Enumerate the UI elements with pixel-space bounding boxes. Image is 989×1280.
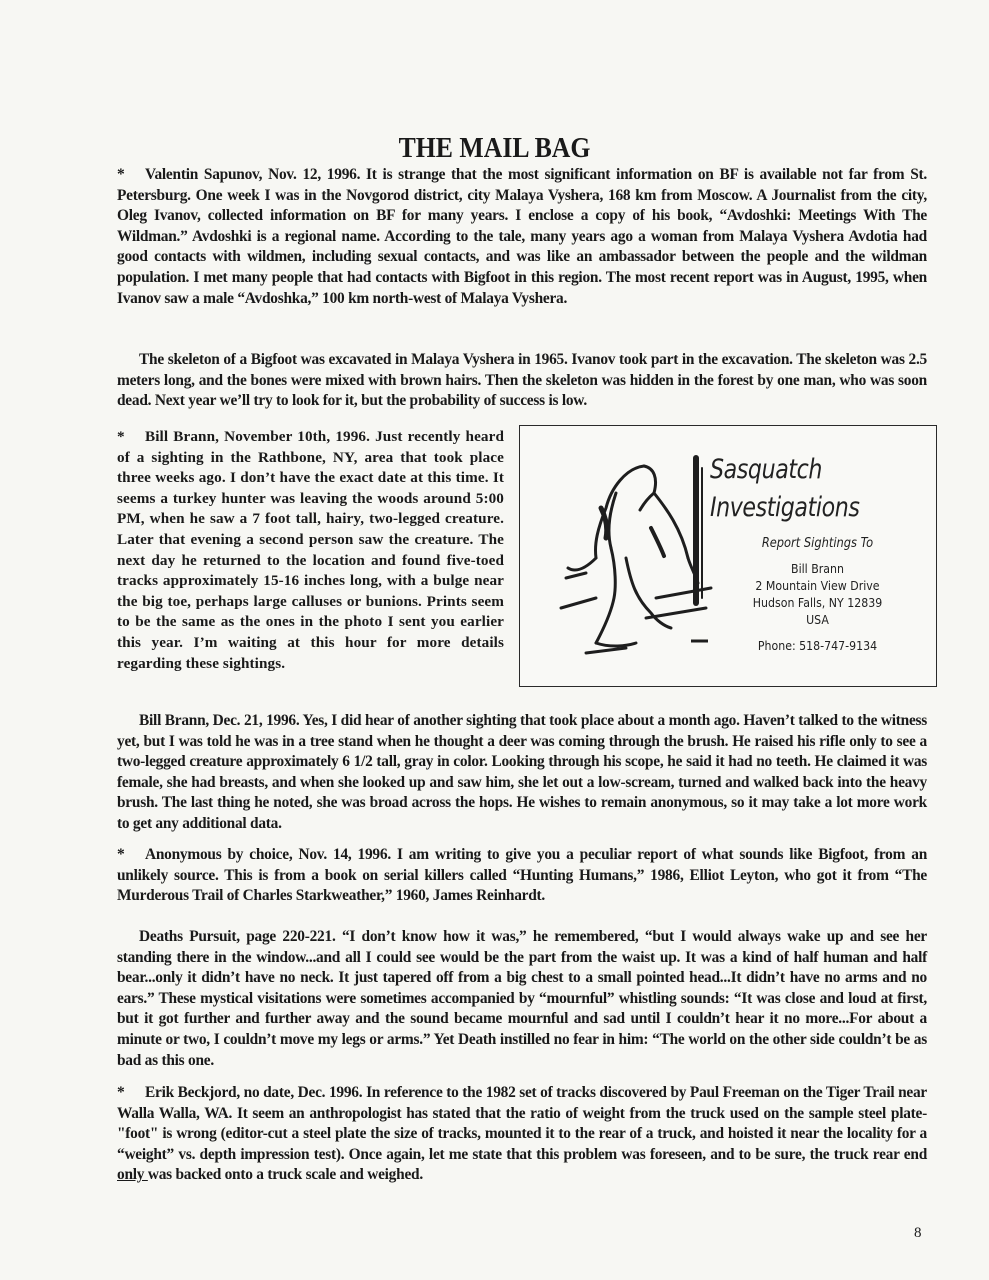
letter-sapunov: *Valentin Sapunov, Nov. 12, 1996. It is …	[117, 165, 927, 309]
ad-country: USA	[723, 612, 912, 627]
letter-text: Deaths Pursuit, page 220-221. “I don’t k…	[117, 928, 927, 1069]
letter-brann-november: *Bill Brann, November 10th, 1996. Just r…	[117, 427, 504, 674]
ad-contact-name: Bill Brann	[723, 561, 912, 576]
letter-text: Anonymous by choice, Nov. 14, 1996. I am…	[117, 846, 927, 904]
bigfoot-illustration-icon	[556, 448, 716, 663]
ad-title-line1: Sasquatch	[710, 454, 822, 485]
letter-text: Bill Brann, Dec. 21, 1996. Yes, I did he…	[117, 712, 927, 832]
letter-anonymous-quote: Deaths Pursuit, page 220-221. “I don’t k…	[117, 927, 927, 1071]
ad-title-line2: Investigations	[710, 492, 859, 523]
letter-text: Bill Brann, November 10th, 1996. Just re…	[117, 428, 504, 672]
letter-sapunov-continued: The skeleton of a Bigfoot was excavated …	[117, 350, 927, 412]
letter-anonymous: *Anonymous by choice, Nov. 14, 1996. I a…	[117, 845, 927, 907]
bullet-star: *	[117, 165, 145, 186]
letter-text-end: was backed onto a truck scale and weighe…	[148, 1166, 423, 1183]
letter-text: Valentin Sapunov, Nov. 12, 1996. It is s…	[117, 166, 927, 307]
bullet-star: *	[117, 427, 145, 448]
ad-phone: Phone: 518-747-9134	[723, 638, 912, 653]
page-title: THE MAIL BAG	[40, 133, 950, 165]
ad-tagline: Report Sightings To	[723, 536, 912, 551]
sasquatch-investigations-ad: Sasquatch Investigations Report Sighting…	[519, 425, 937, 687]
bullet-star: *	[117, 1083, 145, 1104]
ad-address-line1: 2 Mountain View Drive	[723, 578, 912, 593]
letter-text: Erik Beckjord, no date, Dec. 1996. In re…	[117, 1084, 927, 1163]
underlined-word: only	[117, 1166, 148, 1183]
letter-beckjord: *Erik Beckjord, no date, Dec. 1996. In r…	[117, 1083, 927, 1186]
page-number: 8	[914, 1225, 922, 1242]
ad-address-line2: Hudson Falls, NY 12839	[723, 595, 912, 610]
letter-text: The skeleton of a Bigfoot was excavated …	[117, 351, 927, 409]
bullet-star: *	[117, 845, 145, 866]
letter-brann-december: Bill Brann, Dec. 21, 1996. Yes, I did he…	[117, 711, 927, 835]
